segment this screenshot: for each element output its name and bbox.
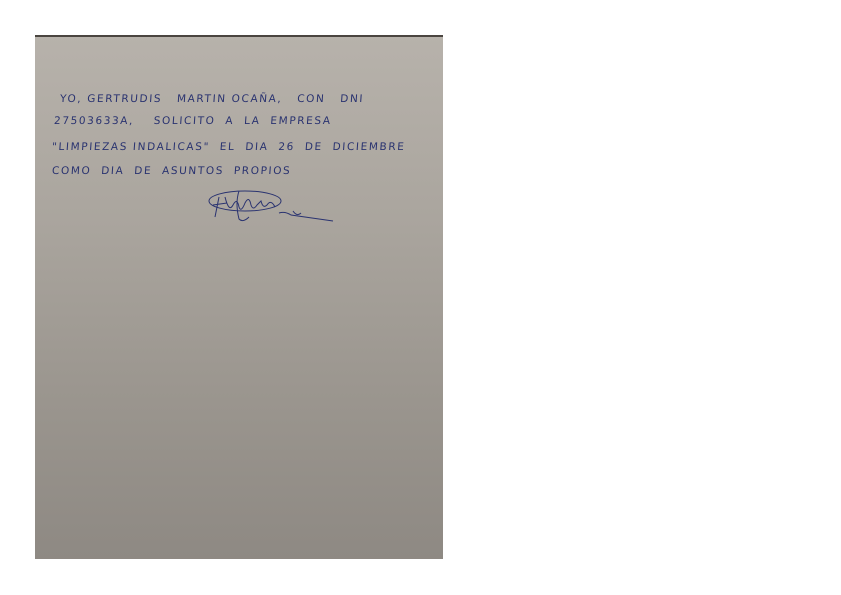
text-line-2: 27503633A, SOLICITO A LA EMPRESA <box>54 115 332 127</box>
text-line-4: COMO DIA DE ASUNTOS PROPIOS <box>52 165 292 177</box>
signature-icon <box>205 183 335 227</box>
handwritten-letter-page: YO, GERTRUDIS MARTIN OCAÑA, CON DNI 2750… <box>35 35 443 559</box>
text-line-3: "LIMPIEZAS INDALICAS" EL DIA 26 DE DICIE… <box>52 141 406 153</box>
text-line-1: YO, GERTRUDIS MARTIN OCAÑA, CON DNI <box>60 93 365 105</box>
